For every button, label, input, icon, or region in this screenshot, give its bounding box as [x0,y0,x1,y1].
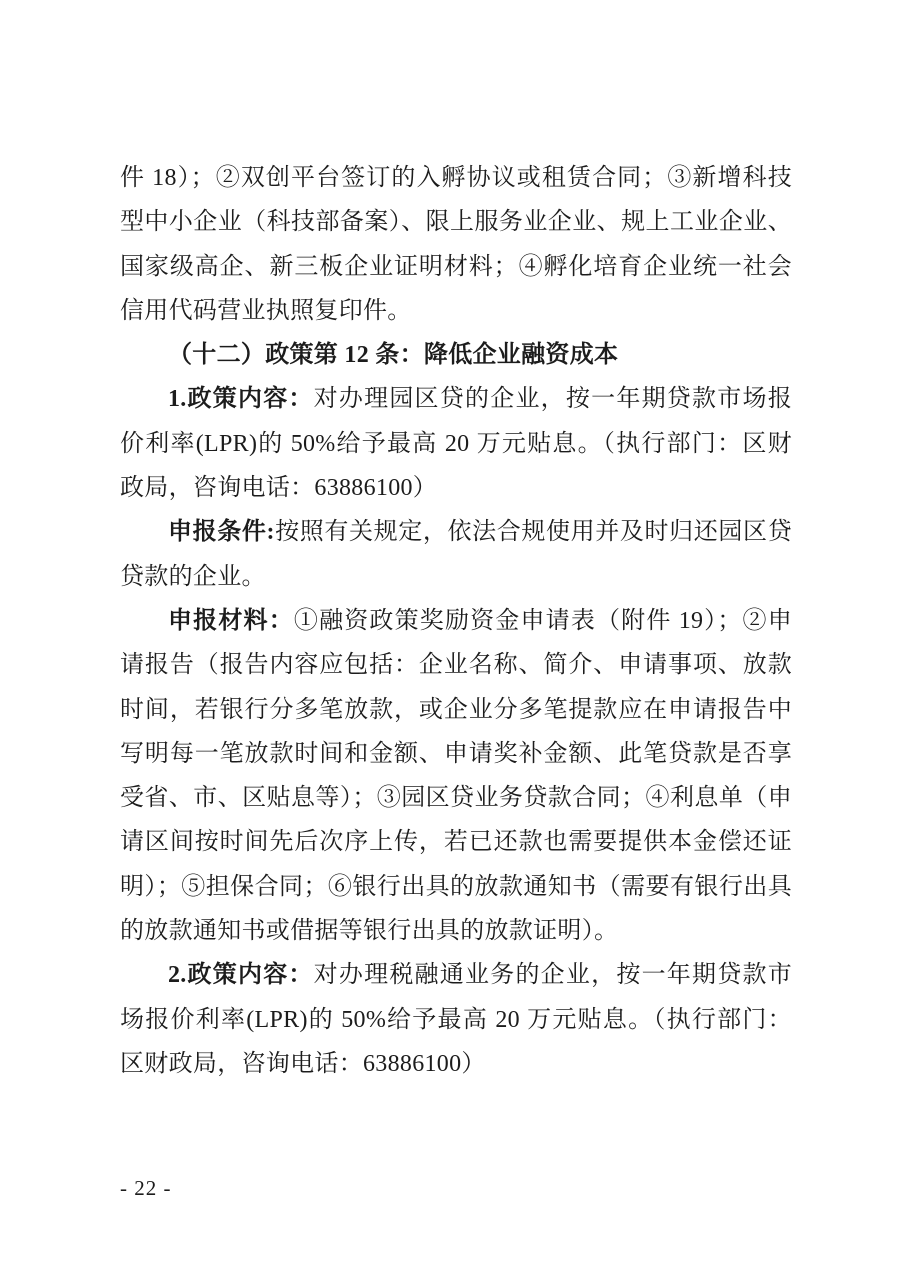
application-materials-text: ①融资政策奖励资金申请表（附件 19）；②申请报告（报告内容应包括：企业名称、简… [120,608,792,944]
application-conditions-label: 申报条件: [168,519,275,545]
policy-content-1-label: 1.政策内容： [168,386,314,412]
paragraph-application-materials: 申报材料：①融资政策奖励资金申请表（附件 19）；②申请报告（报告内容应包括：企… [120,599,792,953]
section-heading-policy-12: （十二）政策第 12 条：降低企业融资成本 [120,333,792,377]
paragraph-application-conditions: 申报条件:按照有关规定，依法合规使用并及时归还园区贷贷款的企业。 [120,510,792,599]
policy-content-2-label: 2.政策内容： [168,962,314,988]
document-body: 件 18）；②双创平台签订的入孵协议或租赁合同；③新增科技型中小企业（科技部备案… [120,156,792,1086]
application-materials-label: 申报材料： [168,608,294,634]
page-number: - 22 - [120,1176,172,1201]
paragraph-attachment-list-continuation: 件 18）；②双创平台签订的入孵协议或租赁合同；③新增科技型中小企业（科技部备案… [120,156,792,333]
document-page: 件 18）；②双创平台签订的入孵协议或租赁合同；③新增科技型中小企业（科技部备案… [0,0,900,1272]
paragraph-policy-content-1: 1.政策内容：对办理园区贷的企业，按一年期贷款市场报价利率(LPR)的 50%给… [120,377,792,510]
paragraph-policy-content-2: 2.政策内容：对办理税融通业务的企业，按一年期贷款市场报价利率(LPR)的 50… [120,953,792,1086]
